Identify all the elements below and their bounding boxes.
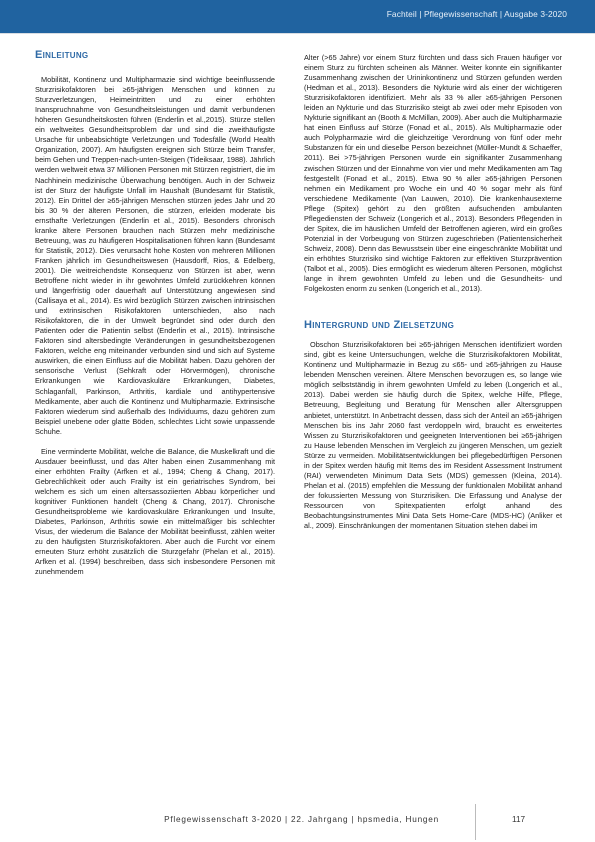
right-column: Alter (>65 Jahre) vor einem Sturz fürcht… — [304, 53, 562, 531]
paragraph: Eine verminderte Mobilität, welche die B… — [35, 447, 275, 578]
page-number: 117 — [512, 815, 525, 824]
footer-citation: Pflegewissenschaft 3-2020 | 22. Jahrgang… — [164, 815, 439, 824]
page-footer: Pflegewissenschaft 3-2020 | 22. Jahrgang… — [0, 812, 595, 842]
section-title-einleitung: Einleitung — [35, 50, 275, 60]
running-head: Fachteil | Pflegewissenschaft | Ausgabe … — [387, 9, 567, 19]
paragraph: Obschon Sturzrisikofaktoren bei ≥65-jähr… — [304, 340, 562, 531]
left-column: Einleitung Mobilität, Kontinenz und Mult… — [35, 50, 275, 577]
footer-divider — [475, 804, 476, 840]
section-title-hintergrund-und-zielsetzung: Hintergrund und Zielsetzung — [304, 320, 562, 330]
paragraph: Mobilität, Kontinenz und Multipharmazie … — [35, 75, 275, 437]
running-header-band: Fachteil | Pflegewissenschaft | Ausgabe … — [0, 0, 595, 34]
paragraph-continued: Alter (>65 Jahre) vor einem Sturz fürcht… — [304, 53, 562, 294]
